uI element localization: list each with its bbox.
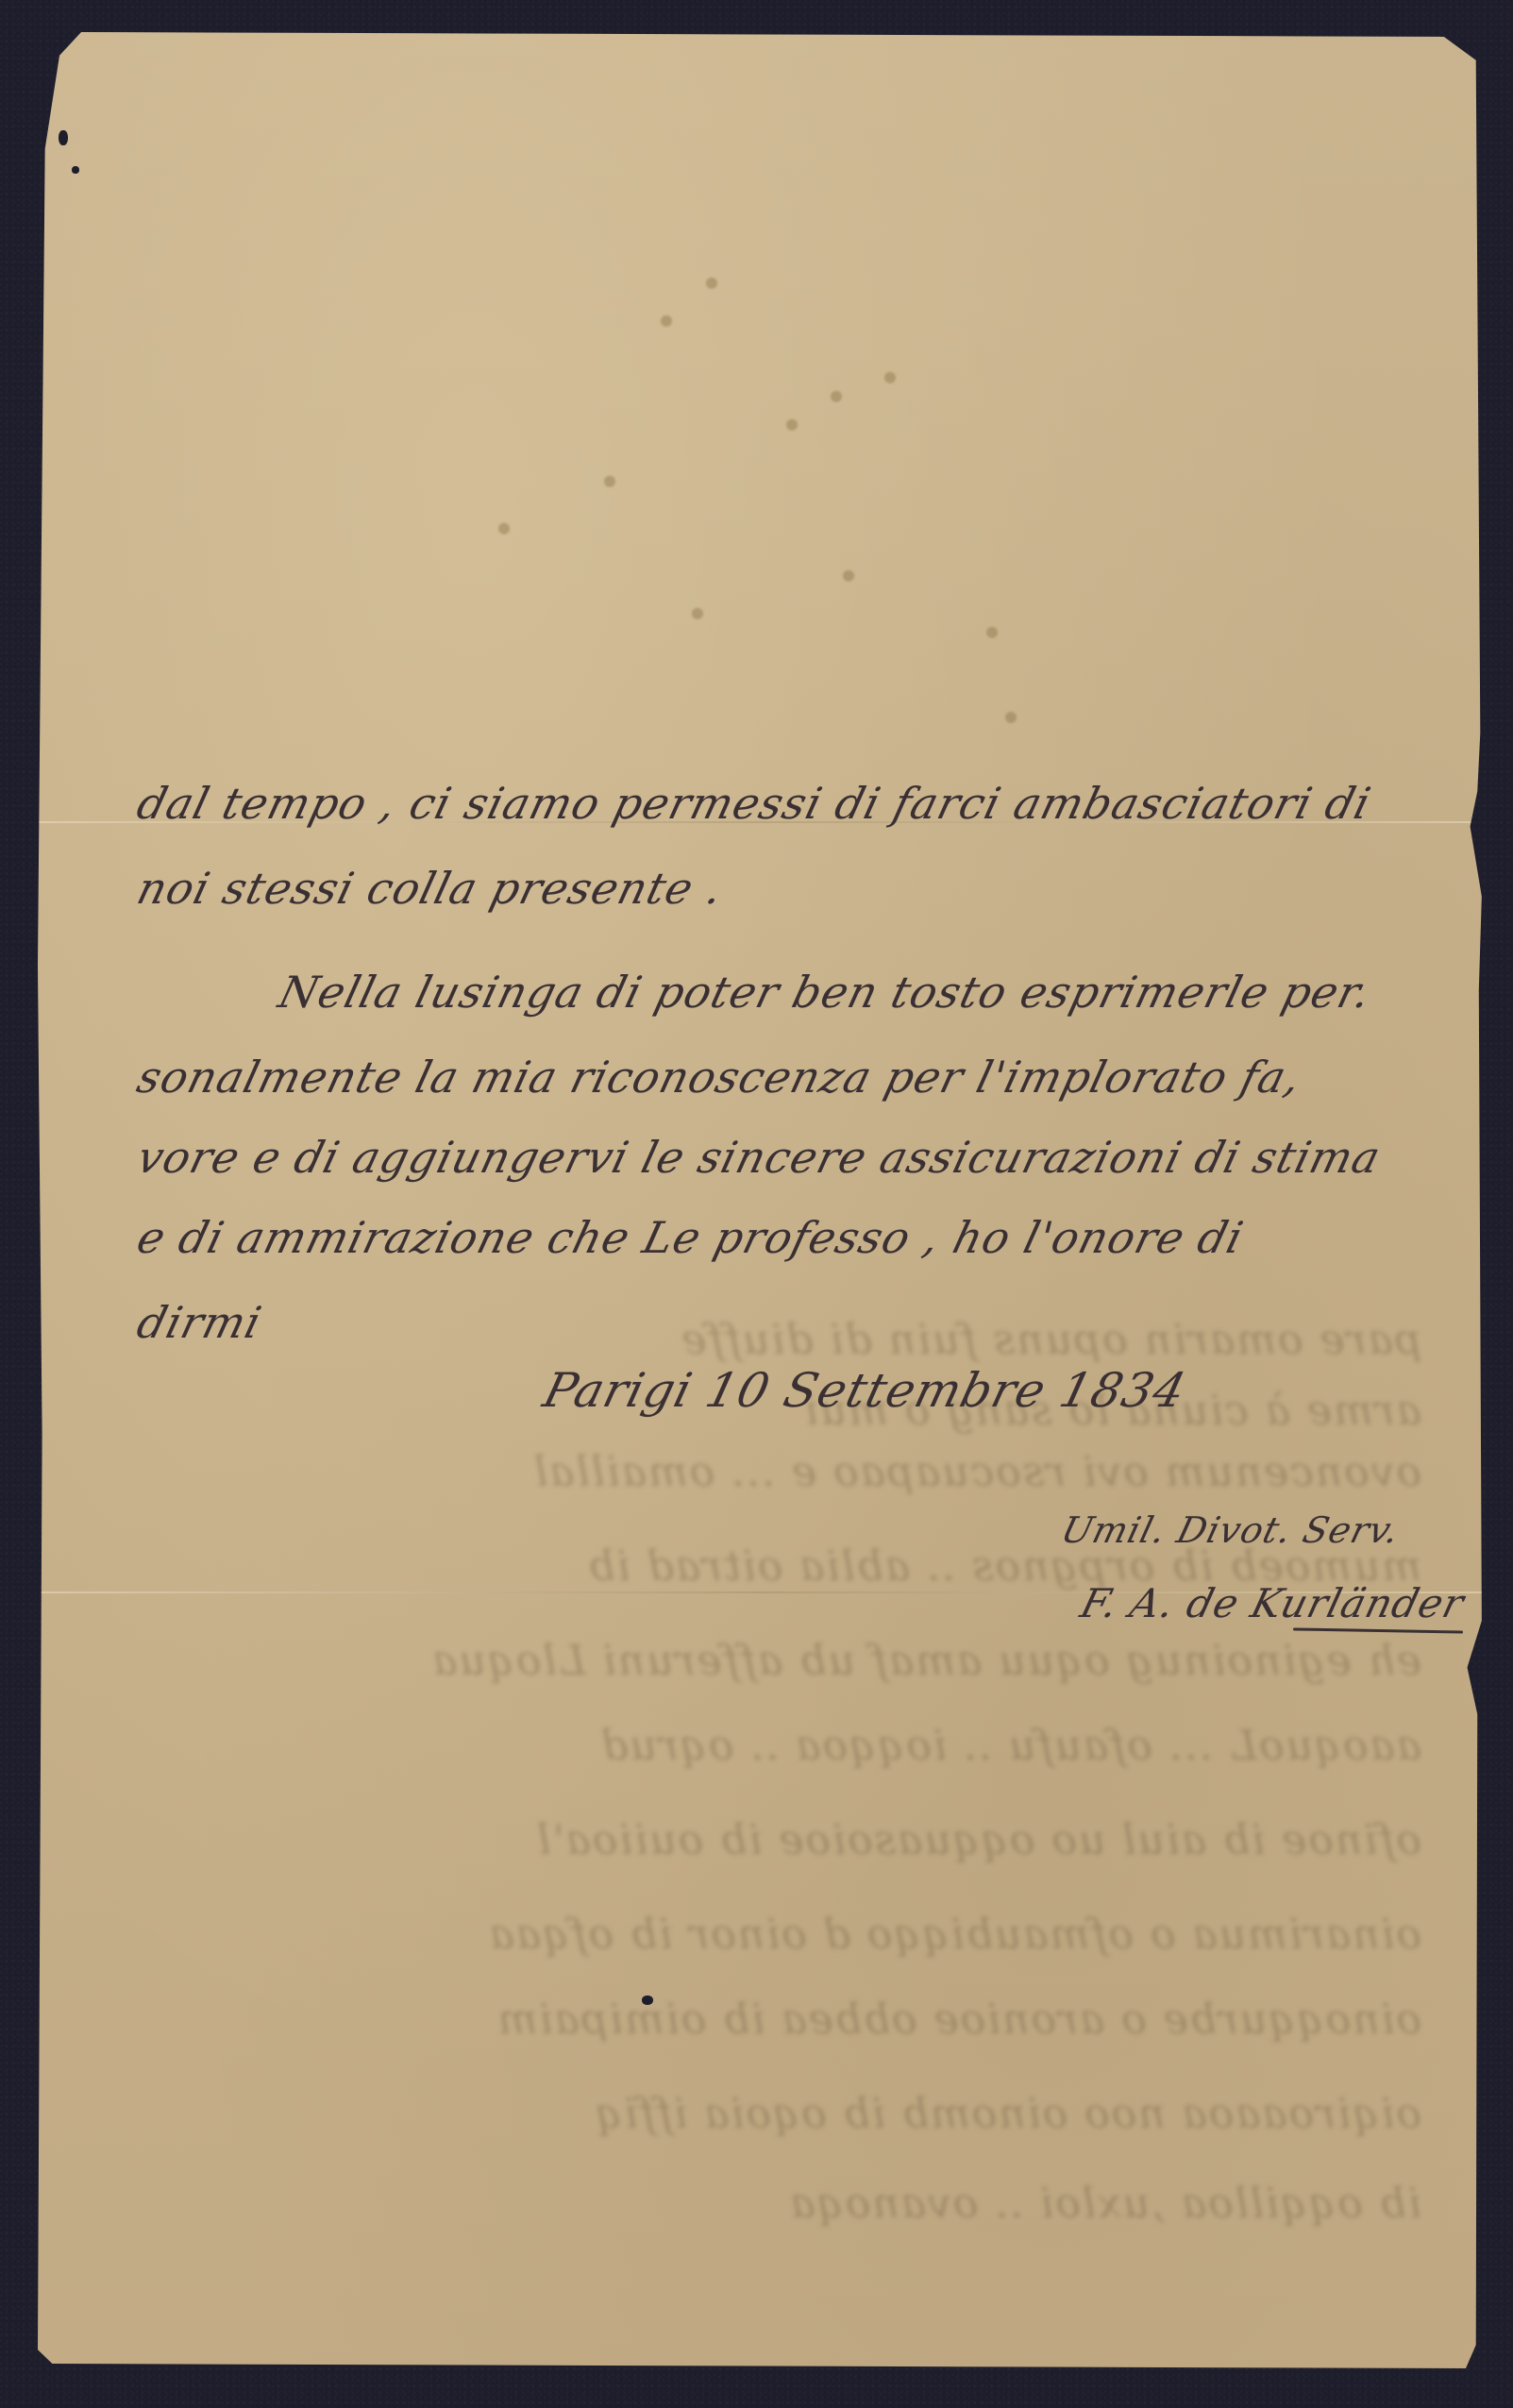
letter-body-line: e di ammirazione che Le professo , ho l'… (132, 1212, 1249, 1263)
foxing-spot (706, 278, 717, 289)
foxing-spot (831, 391, 842, 402)
bleed-through-text: ovoncenum ovi rsocuapao e ... omaillal (104, 1448, 1421, 1496)
paper-hole (72, 166, 79, 174)
letter-body-line: noi stessi colla presente . (132, 863, 729, 914)
paper-hole (59, 130, 68, 145)
foxing-spot (1005, 712, 1017, 723)
bleed-through-text: ib oqqilloa ,uxloi .. ovanoqa (104, 2180, 1421, 2228)
letter-page: pare omarin opuns fuin di diuffe arme à … (38, 32, 1488, 2368)
foxing-spot (986, 627, 998, 638)
letter-body-line: Nella lusinga di poter ben tosto esprime… (274, 967, 1377, 1018)
letter-body-line: dal tempo , ci siamo permessi di farci a… (132, 778, 1376, 829)
foxing-spot (661, 315, 672, 327)
foxing-spot (498, 523, 510, 534)
foxing-spot (604, 476, 615, 487)
foxing-spot (692, 608, 703, 619)
signature-name: F. A. de Kurländer (1076, 1580, 1470, 1626)
bleed-through-text: oinoqqurbe o aronioe obbea ib oimipaim (104, 1995, 1421, 2044)
foxing-spot (884, 372, 896, 383)
letter-body-line: dirmi (132, 1297, 267, 1348)
letter-body-line: sonalmente la mia riconoscenza per l'imp… (132, 1052, 1307, 1103)
letter-body-line: vore e di aggiungervi le sincere assicur… (132, 1132, 1387, 1183)
bleed-through-text: aaoquoL ... ofaufu .. ioqqoa .. oqrud (104, 1722, 1421, 1770)
signature-closing: Umil. Divot. Serv. (1057, 1509, 1404, 1551)
signature-underline-flourish (1293, 1627, 1463, 1633)
bleed-through-text: ofinoe ib aiul uo oqquasoioe ib ouiioa'l (104, 1816, 1421, 1864)
bleed-through-text: oiqiroaaoa noo oinomb ib oqoia iffiq (104, 2090, 1421, 2138)
bleed-through-text: oinarimua o ofmaubiqqo d oinor ib ofqaa (104, 1911, 1421, 1959)
bleed-through-text: pare omarin opuns fuin di diuffe (104, 1316, 1421, 1364)
foxing-spot (786, 419, 798, 430)
letter-dateline: Parigi 10 Settembre 1834 (538, 1363, 1192, 1418)
bleed-through-text: eh eginoinug oquu amaf ub afferuni Lloqu… (104, 1637, 1421, 1685)
foxing-spot (843, 570, 854, 581)
